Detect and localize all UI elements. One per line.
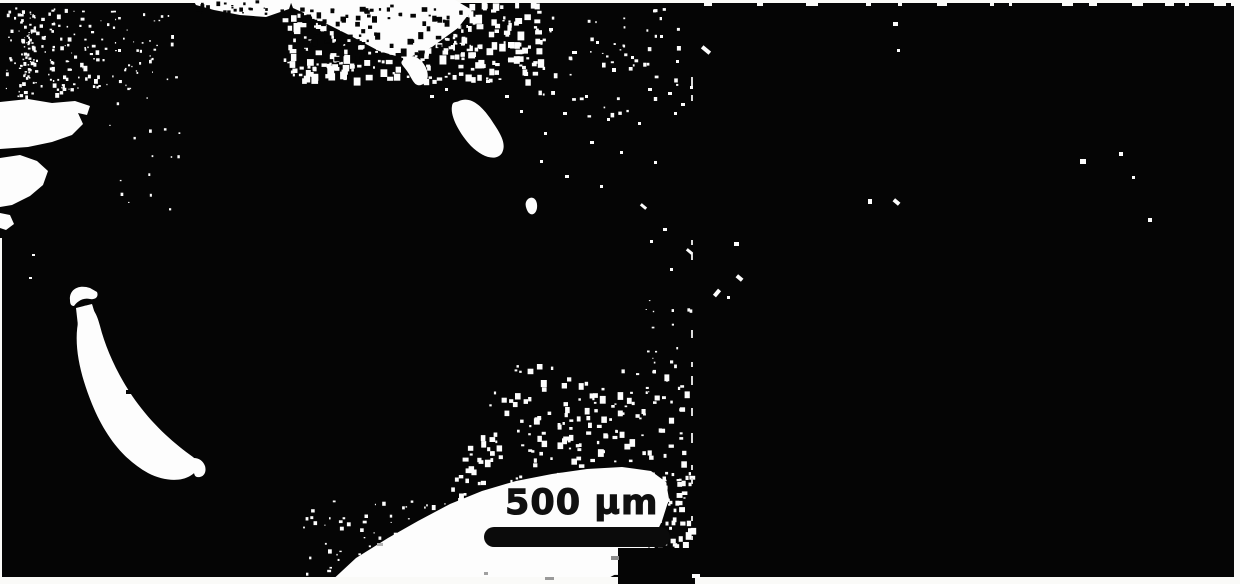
- page-margin-left: [0, 238, 2, 577]
- speckle: [682, 451, 686, 455]
- speckle: [591, 524, 595, 526]
- speckle: [19, 84, 22, 87]
- speckle: [128, 64, 130, 66]
- speckle: [89, 25, 92, 28]
- speckle: [375, 504, 376, 505]
- speckle: [495, 63, 500, 66]
- speckle: [677, 28, 680, 31]
- speckle: [26, 42, 27, 43]
- speckle: [298, 14, 301, 18]
- white-speck: [445, 88, 448, 91]
- speckle: [360, 569, 363, 571]
- speckle: [382, 36, 385, 38]
- speckle: [28, 34, 29, 35]
- speckle: [408, 39, 414, 45]
- speckle: [61, 87, 62, 88]
- speckle: [311, 509, 315, 512]
- speckle: [521, 444, 524, 446]
- speckle: [683, 497, 685, 498]
- speckle: [407, 57, 412, 64]
- speckle: [168, 15, 170, 17]
- speckle: [636, 373, 639, 375]
- speckle: [25, 56, 27, 59]
- speckle: [642, 451, 646, 455]
- speckle: [522, 48, 528, 54]
- speckle: [327, 50, 330, 54]
- white-speck: [563, 112, 567, 115]
- speckle: [607, 477, 611, 482]
- speckle: [393, 72, 395, 74]
- speckle: [20, 65, 23, 67]
- speckle: [597, 441, 599, 444]
- speckle: [337, 3, 339, 6]
- white-speck: [663, 228, 667, 231]
- speckle: [446, 38, 450, 41]
- speckle: [84, 47, 86, 49]
- speckle: [618, 411, 623, 417]
- speckle: [45, 51, 46, 53]
- speckle: [347, 26, 350, 30]
- speckle: [534, 26, 537, 29]
- speckle: [622, 369, 625, 373]
- speckle: [355, 22, 360, 27]
- speckle: [361, 29, 365, 33]
- speckle: [648, 391, 649, 392]
- speckle: [422, 21, 426, 26]
- speckle: [642, 409, 646, 414]
- speckle: [569, 427, 572, 430]
- speckle: [629, 460, 633, 463]
- white-speck: [540, 160, 543, 163]
- speckle: [29, 39, 32, 42]
- speckle: [386, 60, 393, 64]
- speckle: [450, 540, 452, 542]
- white-speck: [1119, 152, 1123, 156]
- speckle: [124, 69, 126, 71]
- divider-dash: [691, 376, 693, 385]
- speckle: [475, 62, 482, 68]
- speckle: [457, 37, 462, 42]
- speckle: [367, 40, 369, 43]
- speckle: [127, 88, 130, 90]
- speckle: [471, 496, 475, 500]
- speckle: [306, 573, 308, 576]
- speckle: [25, 95, 28, 99]
- speckle: [593, 557, 599, 563]
- speckle: [355, 1, 361, 8]
- page-margin-right: [1234, 0, 1240, 584]
- speckle: [118, 17, 121, 19]
- white-speck: [668, 92, 672, 95]
- speckle: [676, 84, 678, 86]
- speckle: [374, 532, 375, 534]
- speckle: [363, 521, 367, 524]
- speckle: [426, 504, 428, 506]
- speckle: [50, 79, 52, 81]
- speckle: [620, 432, 625, 438]
- speckle: [611, 113, 615, 118]
- white-speck: [612, 68, 616, 72]
- speckle: [83, 66, 87, 72]
- speckle: [524, 399, 528, 404]
- divider-dash: [691, 465, 693, 470]
- speckle: [65, 45, 66, 46]
- speckle: [459, 11, 462, 15]
- edge-tick: [704, 0, 712, 6]
- speckle: [152, 72, 153, 73]
- speckle: [343, 517, 346, 519]
- speckle: [489, 32, 494, 38]
- white-speck: [505, 95, 509, 98]
- speckle: [569, 419, 573, 422]
- speckle: [682, 491, 688, 495]
- speckle: [356, 16, 361, 21]
- speckle: [454, 530, 457, 533]
- speckle: [475, 503, 480, 507]
- white-speck: [590, 141, 594, 144]
- speckle: [67, 44, 69, 47]
- speckle: [470, 554, 472, 556]
- speckle: [387, 7, 390, 11]
- speckle: [34, 17, 36, 18]
- white-speck: [118, 49, 121, 52]
- speckle: [479, 460, 484, 464]
- speckle: [70, 69, 72, 71]
- speckle: [294, 28, 300, 35]
- speckle: [677, 46, 681, 51]
- speckle: [77, 87, 78, 88]
- speckle: [390, 44, 394, 48]
- speckle: [427, 33, 433, 39]
- speckle: [127, 30, 128, 31]
- speckle: [655, 35, 657, 38]
- speckle: [171, 35, 174, 39]
- speckle: [627, 398, 632, 404]
- speckle: [497, 445, 503, 451]
- speckle: [290, 61, 296, 68]
- speckle: [439, 27, 443, 33]
- speckle: [15, 7, 17, 9]
- speckle: [48, 74, 49, 76]
- speckle: [368, 52, 371, 55]
- speckle: [326, 38, 329, 42]
- speckle: [96, 50, 100, 55]
- scale-bar-label: 500 µm: [505, 483, 655, 523]
- speckle: [154, 20, 156, 21]
- speckle: [14, 17, 16, 20]
- speckle: [50, 59, 51, 61]
- speckle: [41, 85, 43, 88]
- speckle: [334, 31, 338, 37]
- speckle: [302, 78, 307, 84]
- speckle: [567, 556, 571, 560]
- speckle: [565, 548, 570, 555]
- speckle: [578, 398, 581, 400]
- speckle: [140, 50, 142, 53]
- speckle: [113, 11, 116, 13]
- speckle: [407, 33, 413, 39]
- speckle: [654, 97, 657, 101]
- white-speck: [897, 49, 900, 52]
- speckle: [265, 13, 268, 15]
- speckle: [9, 57, 12, 59]
- speckle: [675, 501, 679, 506]
- speckle: [78, 77, 80, 79]
- speckle: [324, 525, 325, 526]
- speckle: [117, 102, 119, 105]
- speckle: [456, 29, 460, 34]
- edge-tick: [757, 0, 763, 6]
- speckle: [325, 543, 327, 545]
- speckle: [169, 208, 171, 210]
- speckle: [82, 68, 83, 69]
- white-speck: [692, 574, 700, 578]
- speckle: [381, 17, 385, 22]
- speckle: [588, 423, 591, 427]
- speckle: [317, 63, 319, 65]
- speckle: [464, 504, 465, 505]
- speckle: [485, 460, 491, 468]
- speckle: [307, 59, 314, 66]
- white-speck: [544, 132, 547, 135]
- speckle: [344, 29, 348, 32]
- white-speck: [660, 35, 663, 38]
- speckle: [535, 30, 542, 34]
- speckle: [55, 93, 59, 98]
- speckle: [648, 47, 652, 51]
- speckle: [310, 516, 313, 519]
- speckle: [465, 479, 469, 484]
- speckle: [577, 448, 581, 451]
- white-speck: [484, 572, 488, 575]
- speckle: [470, 453, 473, 455]
- speckle: [432, 3, 435, 6]
- speckle: [33, 30, 36, 32]
- speckle: [601, 557, 605, 561]
- speckle: [400, 544, 401, 545]
- speckle: [239, 8, 243, 12]
- speckle: [57, 15, 61, 20]
- speckle: [307, 10, 310, 14]
- speckle: [602, 53, 604, 54]
- speckle: [543, 39, 546, 42]
- speckle: [85, 77, 88, 80]
- speckle: [670, 401, 673, 404]
- speckle: [372, 16, 377, 23]
- speckle: [518, 32, 525, 41]
- speckle: [394, 563, 397, 567]
- speckle: [649, 300, 651, 301]
- speckle: [479, 44, 483, 49]
- speckle: [429, 54, 433, 57]
- speckle: [516, 477, 518, 479]
- speckle: [418, 51, 424, 59]
- speckle: [368, 26, 372, 29]
- white-speck: [430, 95, 434, 98]
- speckle: [537, 436, 542, 442]
- speckle: [314, 521, 318, 525]
- speckle: [588, 547, 591, 549]
- speckle: [103, 59, 105, 61]
- speckle: [402, 506, 405, 509]
- speckle: [653, 311, 654, 312]
- speckle: [659, 520, 662, 523]
- speckle: [477, 24, 484, 29]
- speckle: [93, 58, 95, 59]
- speckle: [436, 32, 438, 35]
- speckle: [542, 387, 547, 392]
- speckle: [51, 10, 54, 12]
- speckle: [360, 528, 364, 532]
- white-speck: [32, 254, 35, 256]
- speckle: [429, 561, 432, 565]
- speckle: [502, 20, 504, 21]
- speckle: [406, 506, 408, 507]
- speckle: [367, 15, 371, 18]
- speckle: [595, 21, 596, 23]
- speckle: [115, 42, 116, 44]
- speckle: [666, 522, 669, 526]
- speckle: [567, 377, 571, 381]
- speckle: [28, 71, 30, 73]
- speckle: [542, 441, 548, 447]
- speckle: [30, 61, 31, 62]
- speckle: [27, 76, 29, 78]
- speckle: [154, 49, 157, 51]
- speckle: [620, 49, 622, 50]
- white-speck: [585, 95, 588, 98]
- speckle: [311, 75, 318, 84]
- speckle: [685, 395, 689, 398]
- speckle: [536, 48, 542, 54]
- speckle: [58, 25, 60, 27]
- speckle: [602, 63, 606, 68]
- white-speck: [893, 22, 898, 26]
- speckle: [66, 60, 69, 62]
- speckle: [463, 458, 469, 462]
- speckle: [538, 59, 544, 68]
- speckle: [518, 43, 522, 47]
- speckle: [600, 396, 606, 404]
- speckle: [562, 438, 567, 444]
- speckle: [586, 416, 590, 420]
- speckle: [74, 34, 76, 36]
- speckle: [410, 66, 415, 71]
- speckle: [305, 15, 307, 17]
- speckle: [522, 66, 526, 69]
- speckle: [283, 7, 285, 9]
- speckle: [57, 79, 59, 81]
- speckle: [458, 25, 461, 29]
- speckle: [313, 37, 315, 39]
- speckle: [427, 26, 431, 31]
- divider-dash: [691, 516, 693, 521]
- speckle: [473, 561, 475, 564]
- speckle: [53, 83, 57, 87]
- speckle: [534, 19, 540, 23]
- white-speck: [868, 199, 872, 204]
- white-speck: [565, 175, 569, 178]
- speckle: [676, 347, 678, 349]
- speckle: [617, 473, 622, 476]
- speckle: [380, 23, 384, 28]
- speckle: [615, 430, 617, 433]
- white-speck: [607, 118, 610, 121]
- speckle: [379, 537, 382, 540]
- speckle: [517, 365, 519, 368]
- speckle: [625, 406, 628, 408]
- speckle: [93, 85, 95, 88]
- speckle: [660, 17, 662, 20]
- speckle: [329, 63, 331, 65]
- white-speck: [545, 577, 554, 580]
- speckle: [434, 51, 439, 54]
- speckle: [679, 536, 683, 542]
- speckle: [500, 5, 503, 9]
- speckle: [673, 517, 677, 522]
- speckle: [387, 566, 388, 567]
- speckle: [643, 413, 646, 415]
- speckle: [300, 67, 304, 70]
- speckle: [292, 69, 297, 74]
- speckle: [496, 500, 499, 504]
- edge-tick: [1009, 0, 1012, 6]
- speckle: [528, 433, 531, 435]
- speckle: [348, 35, 353, 38]
- speckle: [551, 91, 555, 95]
- speckle: [53, 80, 54, 82]
- speckle: [674, 509, 677, 513]
- speckle: [152, 155, 154, 157]
- speckle: [413, 71, 417, 76]
- speckle: [537, 364, 543, 370]
- speckle: [27, 44, 29, 46]
- speckle: [437, 45, 441, 48]
- speckle: [471, 77, 476, 83]
- speckle: [401, 39, 408, 48]
- speckle: [32, 62, 34, 65]
- edge-tick: [1231, 0, 1236, 6]
- speckle: [375, 51, 378, 53]
- speckle: [435, 17, 438, 21]
- speckle: [411, 501, 414, 503]
- speckle: [391, 24, 396, 31]
- speckle: [347, 39, 350, 42]
- speckle: [106, 84, 107, 85]
- speckle: [366, 75, 373, 81]
- speckle: [134, 137, 136, 140]
- speckle: [287, 62, 289, 64]
- speckle: [561, 477, 563, 480]
- speckle: [672, 473, 675, 476]
- speckle: [534, 458, 537, 462]
- speckle: [648, 450, 652, 455]
- speckle: [223, 13, 224, 15]
- speckle: [234, 9, 237, 12]
- speckle: [584, 557, 587, 560]
- speckle: [410, 52, 413, 55]
- speckle: [494, 392, 496, 395]
- speckle: [669, 527, 672, 530]
- speckle: [611, 405, 615, 408]
- speckle: [313, 12, 315, 14]
- speckle: [465, 44, 470, 49]
- speckle: [94, 79, 98, 84]
- speckle: [364, 21, 368, 27]
- speckle: [517, 430, 520, 433]
- speckle: [322, 63, 327, 67]
- speckle: [515, 369, 518, 371]
